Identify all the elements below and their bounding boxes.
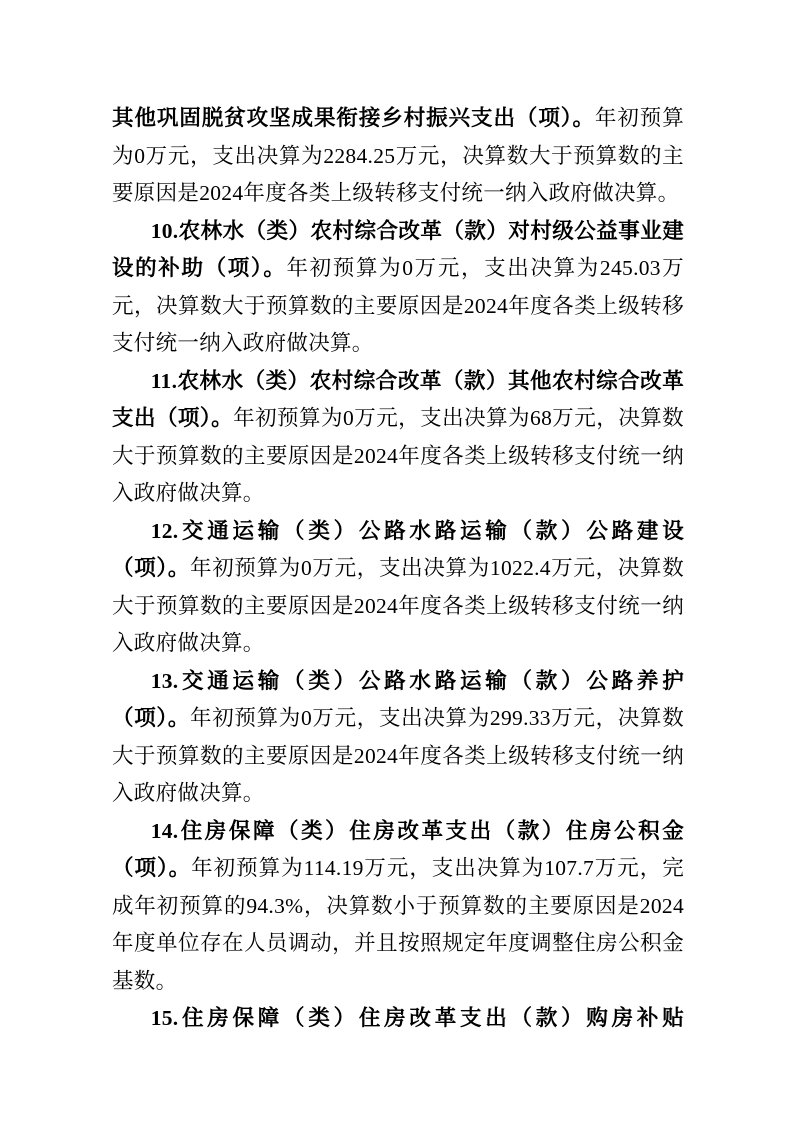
paragraph-text: 年初预算为114.19万元，支出决算为107.7万元，完成年初预算的94.3%，… (112, 856, 684, 993)
paragraph-15: 15.住房保障（类）住房改革支出（款）购房补贴 (112, 1000, 684, 1038)
paragraph-14: 14.住房保障（类）住房改革支出（款）住房公积金（项）。年初预算为114.19万… (112, 813, 684, 1001)
paragraph-heading: 15.住房保障（类）住房改革支出（款）购房补贴 (151, 1006, 684, 1030)
paragraph-text: 年初预算为0万元，支出决算为299.33万元，决算数大于预算数的主要原因是202… (112, 706, 684, 805)
document-body: 其他巩固脱贫攻坚成果衔接乡村振兴支出（项）。年初预算为0万元，支出决算为2284… (112, 100, 684, 1038)
paragraph-heading: 其他巩固脱贫攻坚成果衔接乡村振兴支出（项）。 (112, 106, 595, 130)
paragraph-text: 年初预算为0万元，支出决算为1022.4万元，决算数大于预算数的主要原因是202… (112, 556, 684, 655)
paragraph-12: 12.交通运输（类）公路水路运输（款）公路建设（项）。年初预算为0万元，支出决算… (112, 513, 684, 663)
paragraph-9-continuation: 其他巩固脱贫攻坚成果衔接乡村振兴支出（项）。年初预算为0万元，支出决算为2284… (112, 100, 684, 213)
paragraph-13: 13.交通运输（类）公路水路运输（款）公路养护（项）。年初预算为0万元，支出决算… (112, 663, 684, 813)
paragraph-11: 11.农林水（类）农村综合改革（款）其他农村综合改革支出（项）。年初预算为0万元… (112, 363, 684, 513)
paragraph-10: 10.农林水（类）农村综合改革（款）对村级公益事业建设的补助（项）。年初预算为0… (112, 213, 684, 363)
document-page: 其他巩固脱贫攻坚成果衔接乡村振兴支出（项）。年初预算为0万元，支出决算为2284… (0, 0, 793, 1122)
